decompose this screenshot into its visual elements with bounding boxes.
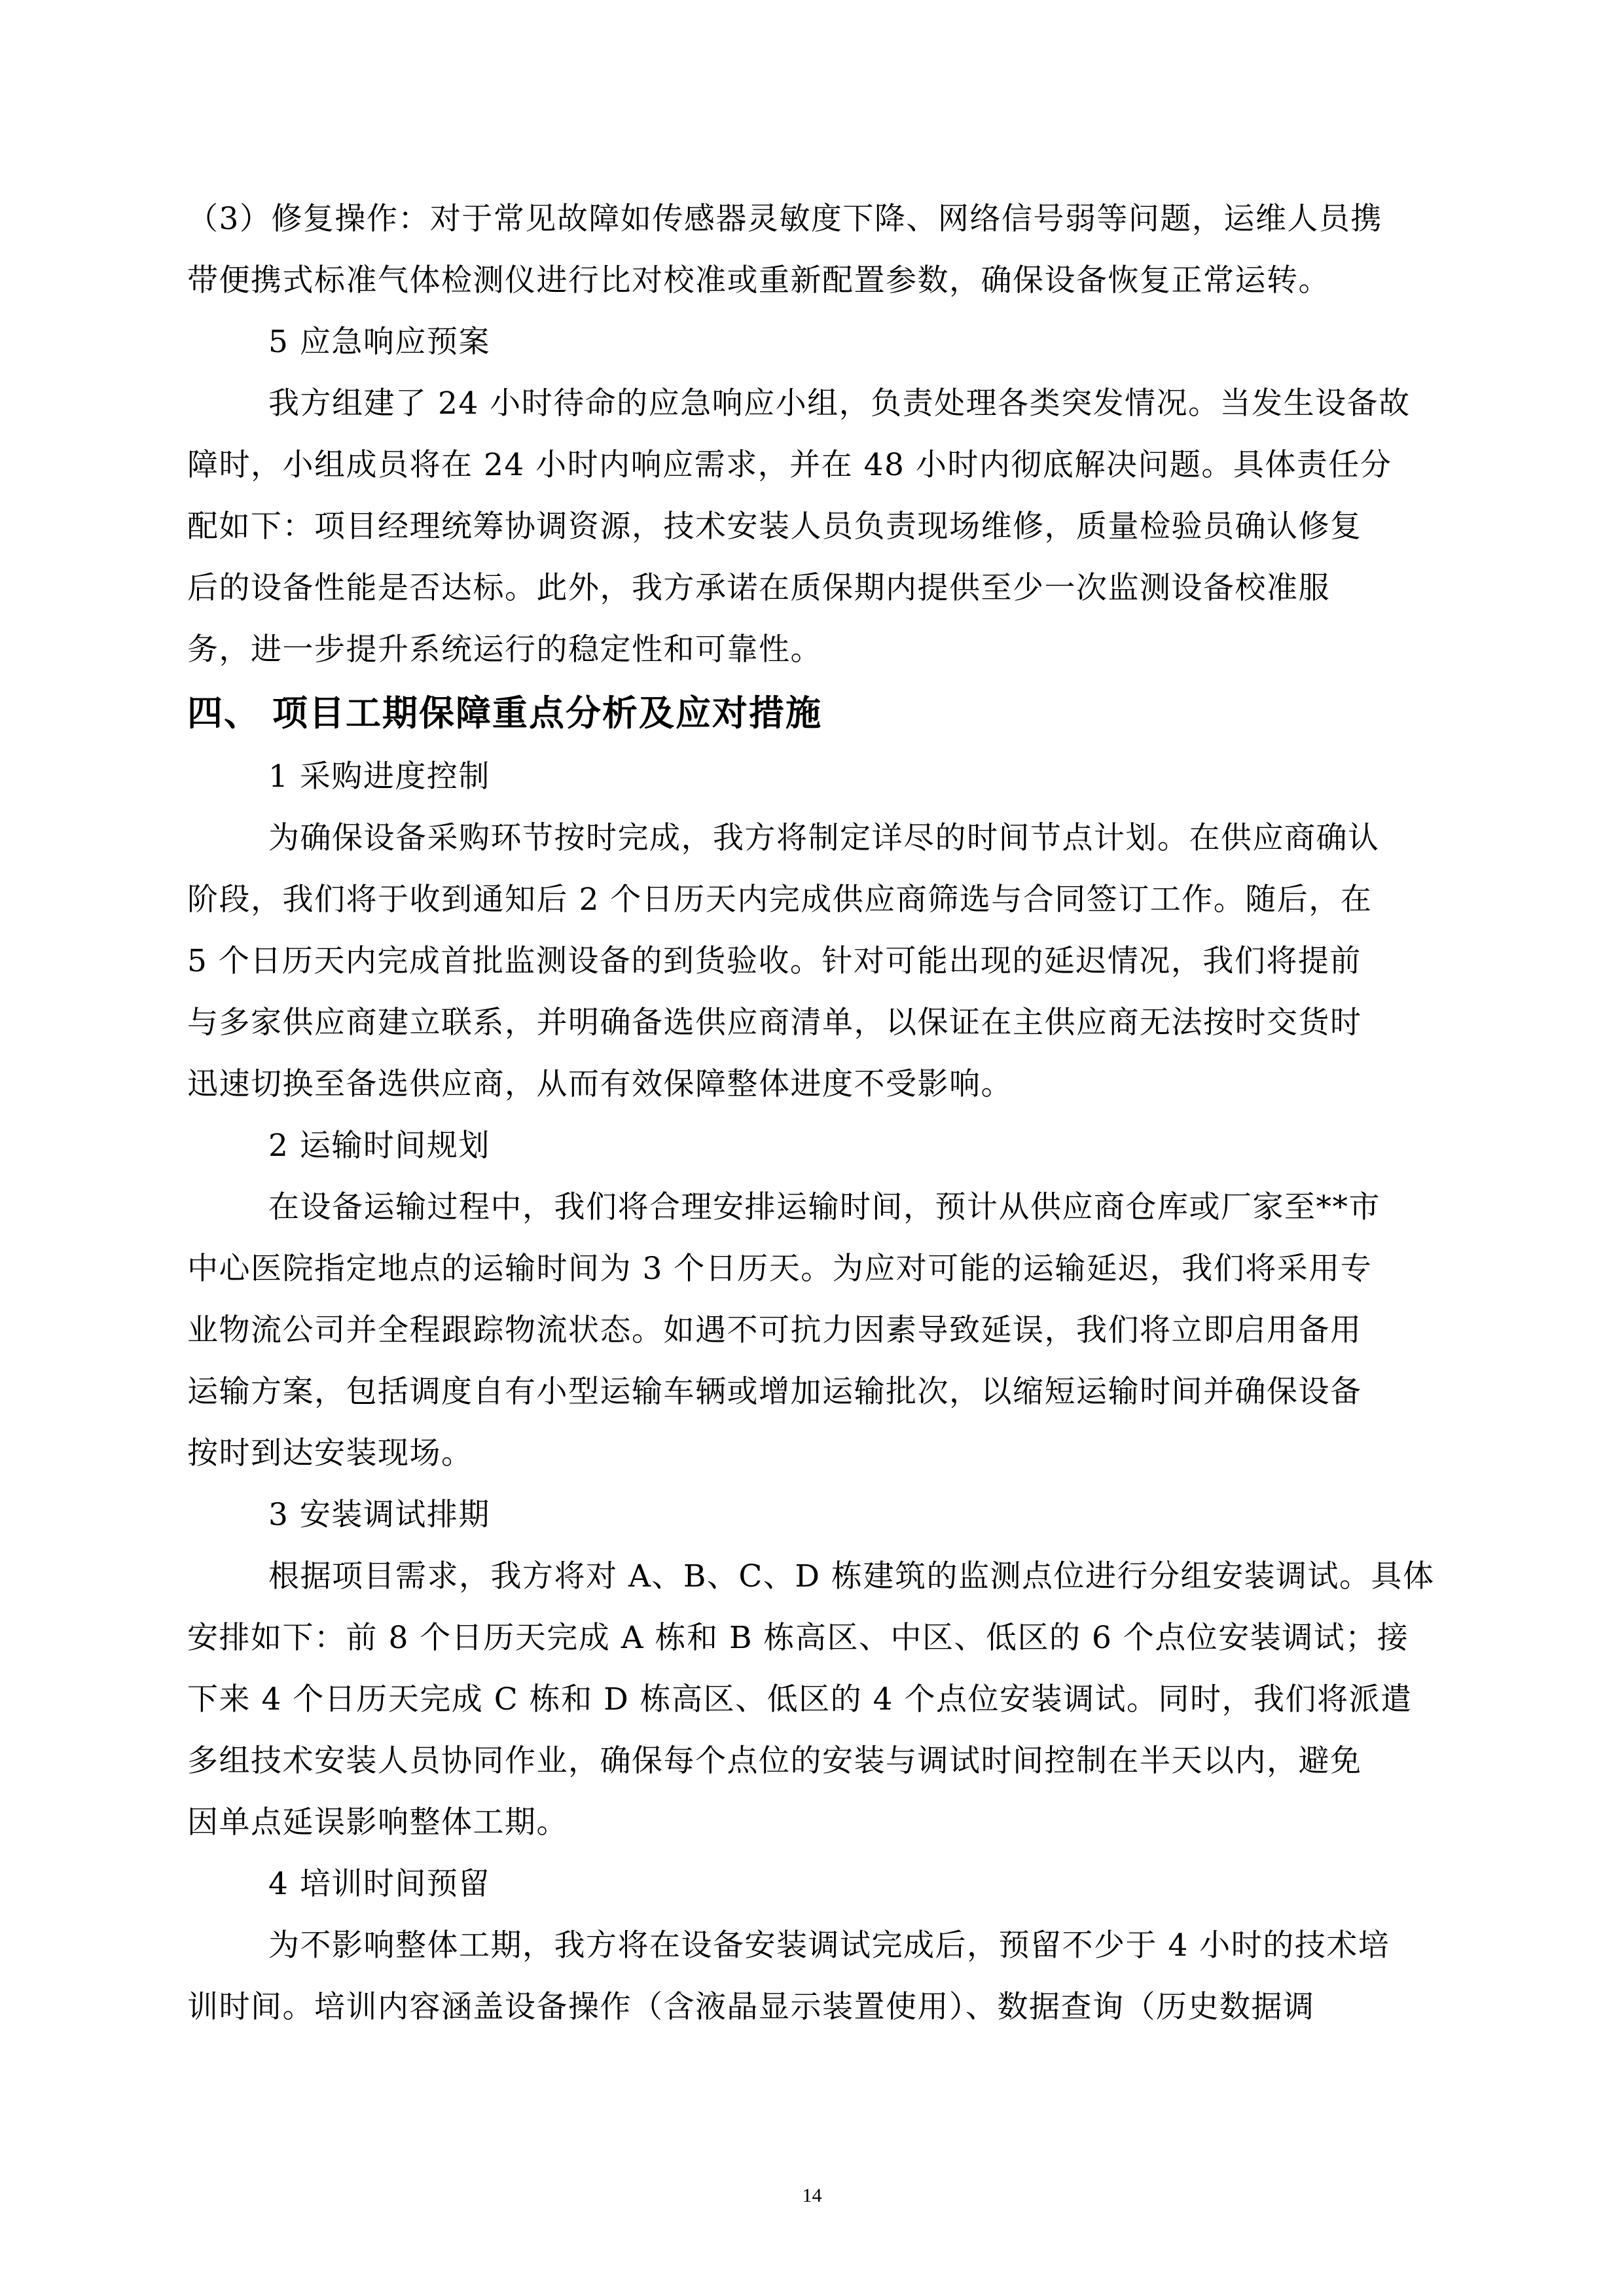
subheading-transport: 2 运输时间规划 [187,1115,1437,1177]
text-line: 业物流公司并全程跟踪物流状态。如遇不可抗力因素导致延误，我们将立即启用备用 [187,1300,1437,1361]
text-line: 安排如下：前 8 个日历天完成 A 栋和 B 栋高区、中区、低区的 6 个点位安… [187,1607,1437,1669]
text-line: 中心医院指定地点的运输时间为 3 个日历天。为应对可能的运输延迟，我们将采用专 [187,1238,1437,1300]
text-line: （3）修复操作：对于常见故障如传感器灵敏度下降、网络信号弱等问题，运维人员携 [187,188,1437,250]
text-line: 为不影响整体工期，我方将在设备安装调试完成后，预留不少于 4 小时的技术培 [187,1915,1437,1977]
paragraph-installation: 根据项目需求，我方将对 A、B、C、D 栋建筑的监测点位进行分组安装调试。具体 … [187,1546,1437,1854]
paragraph-training: 为不影响整体工期，我方将在设备安装调试完成后，预留不少于 4 小时的技术培 训时… [187,1915,1437,2038]
subheading-installation: 3 安装调试排期 [187,1484,1437,1546]
text-line: 带便携式标准气体检测仪进行比对校准或重新配置参数，确保设备恢复正常运转。 [187,250,1437,312]
text-line: 按时到达安装现场。 [187,1423,1437,1484]
text-line: 多组技术安装人员协同作业，确保每个点位的安装与调试时间控制在半天以内，避免 [187,1731,1437,1792]
subheading-training: 4 培训时间预留 [187,1854,1437,1915]
subheading-emergency-response: 5 应急响应预案 [187,312,1437,373]
text-line: 配如下：项目经理统筹协调资源，技术安装人员负责现场维修，质量检验员确认修复 [187,496,1437,558]
paragraph-repair-operation: （3）修复操作：对于常见故障如传感器灵敏度下降、网络信号弱等问题，运维人员携 带… [187,188,1437,312]
text-line: 务，进一步提升系统运行的稳定性和可靠性。 [187,619,1437,681]
text-line: 在设备运输过程中，我们将合理安排运输时间，预计从供应商仓库或厂家至**市 [187,1177,1437,1238]
text-line: 迅速切换至备选供应商，从而有效保障整体进度不受影响。 [187,1054,1437,1115]
paragraph-emergency-response: 我方组建了 24 小时待命的应急响应小组，负责处理各类突发情况。当发生设备故 障… [187,373,1437,681]
page-content: （3）修复操作：对于常见故障如传感器灵敏度下降、网络信号弱等问题，运维人员携 带… [187,188,1437,2038]
section-title: 项目工期保障重点分析及应对措施 [272,692,822,734]
section-heading-schedule-guarantee: 四、项目工期保障重点分析及应对措施 [187,681,1437,746]
paragraph-procurement: 为确保设备采购环节按时完成，我方将制定详尽的时间节点计划。在供应商确认 阶段，我… [187,808,1437,1115]
text-line: 训时间。培训内容涵盖设备操作（含液晶显示装置使用）、数据查询（历史数据调 [187,1977,1437,2038]
text-line: 下来 4 个日历天完成 C 栋和 D 栋高区、低区的 4 个点位安装调试。同时，… [187,1669,1437,1731]
text-line: 后的设备性能是否达标。此外，我方承诺在质保期内提供至少一次监测设备校准服 [187,558,1437,619]
text-line: 我方组建了 24 小时待命的应急响应小组，负责处理各类突发情况。当发生设备故 [187,373,1437,435]
text-line: 与多家供应商建立联系，并明确备选供应商清单，以保证在主供应商无法按时交货时 [187,992,1437,1054]
text-line: 运输方案，包括调度自有小型运输车辆或增加运输批次，以缩短运输时间并确保设备 [187,1361,1437,1423]
text-line: 根据项目需求，我方将对 A、B、C、D 栋建筑的监测点位进行分组安装调试。具体 [187,1546,1437,1607]
text-line: 5 个日历天内完成首批监测设备的到货验收。针对可能出现的延迟情况，我们将提前 [187,931,1437,992]
text-line: 因单点延误影响整体工期。 [187,1792,1437,1854]
text-line: 阶段，我们将于收到通知后 2 个日历天内完成供应商筛选与合同签订工作。随后，在 [187,869,1437,931]
text-line: 障时，小组成员将在 24 小时内响应需求，并在 48 小时内彻底解决问题。具体责… [187,435,1437,496]
section-number: 四、 [187,681,272,746]
page-number: 14 [0,2185,1624,2207]
document-page: （3）修复操作：对于常见故障如传感器灵敏度下降、网络信号弱等问题，运维人员携 带… [0,0,1624,2296]
paragraph-transport: 在设备运输过程中，我们将合理安排运输时间，预计从供应商仓库或厂家至**市 中心医… [187,1177,1437,1484]
text-line: 为确保设备采购环节按时完成，我方将制定详尽的时间节点计划。在供应商确认 [187,808,1437,869]
subheading-procurement: 1 采购进度控制 [187,746,1437,808]
